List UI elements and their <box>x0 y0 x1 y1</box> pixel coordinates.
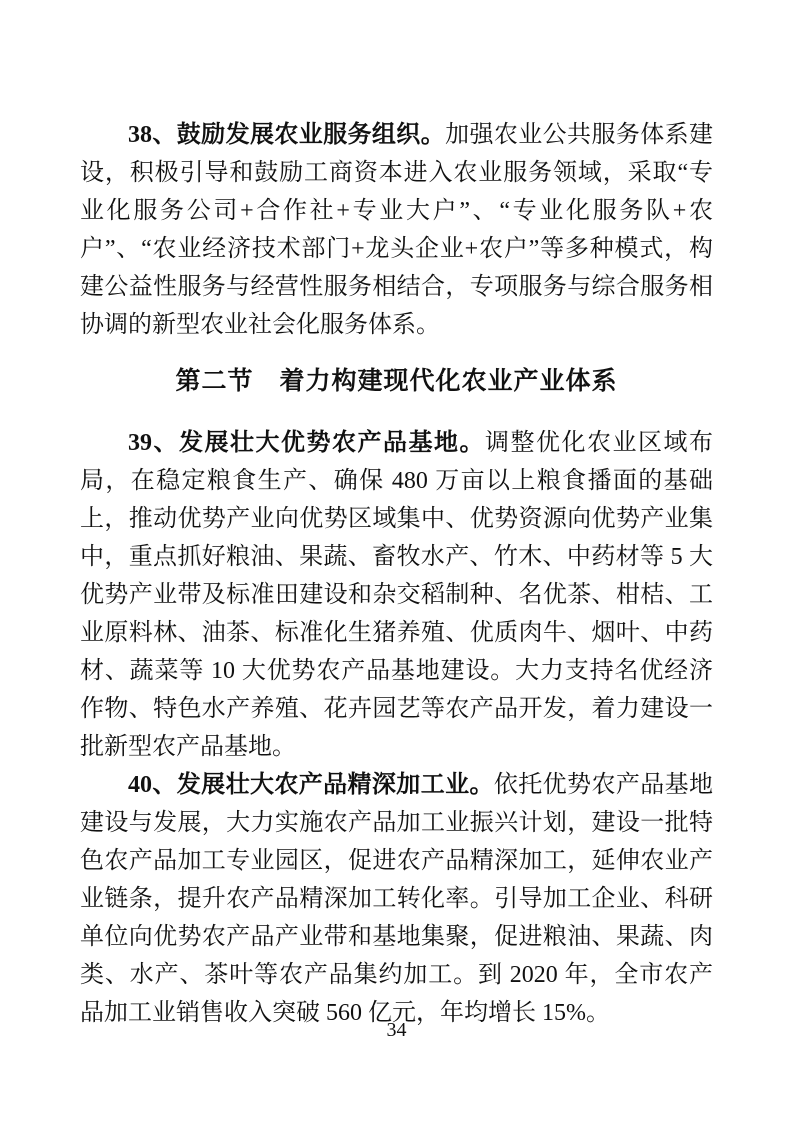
paragraph-38: 38、鼓励发展农业服务组织。加强农业公共服务体系建设，积极引导和鼓励工商资本进入… <box>80 116 713 344</box>
page-content: 38、鼓励发展农业服务组织。加强农业公共服务体系建设，积极引导和鼓励工商资本进入… <box>80 116 713 1032</box>
section-heading: 第二节 着力构建现代化农业产业体系 <box>80 362 713 402</box>
page-number: 34 <box>0 1018 793 1042</box>
document-page: 38、鼓励发展农业服务组织。加强农业公共服务体系建设，积极引导和鼓励工商资本进入… <box>0 0 793 1122</box>
paragraph-39-body: 调整优化农业区域布局，在稳定粮食生产、确保 480 万亩以上粮食播面的基础上，推… <box>80 430 713 760</box>
paragraph-39-lead: 39、发展壮大优势农产品基地。 <box>128 430 485 456</box>
paragraph-38-body: 加强农业公共服务体系建设，积极引导和鼓励工商资本进入农业服务领域，采取“专业化服… <box>80 122 713 338</box>
paragraph-39: 39、发展壮大优势农产品基地。调整优化农业区域布局，在稳定粮食生产、确保 480… <box>80 424 713 766</box>
paragraph-40: 40、发展壮大农产品精深加工业。依托优势农产品基地建设与发展，大力实施农产品加工… <box>80 766 713 1032</box>
paragraph-40-lead: 40、发展壮大农产品精深加工业。 <box>128 772 494 798</box>
paragraph-38-lead: 38、鼓励发展农业服务组织。 <box>128 122 445 148</box>
paragraph-40-body: 依托优势农产品基地建设与发展，大力实施农产品加工业振兴计划，建设一批特色农产品加… <box>80 772 713 1026</box>
